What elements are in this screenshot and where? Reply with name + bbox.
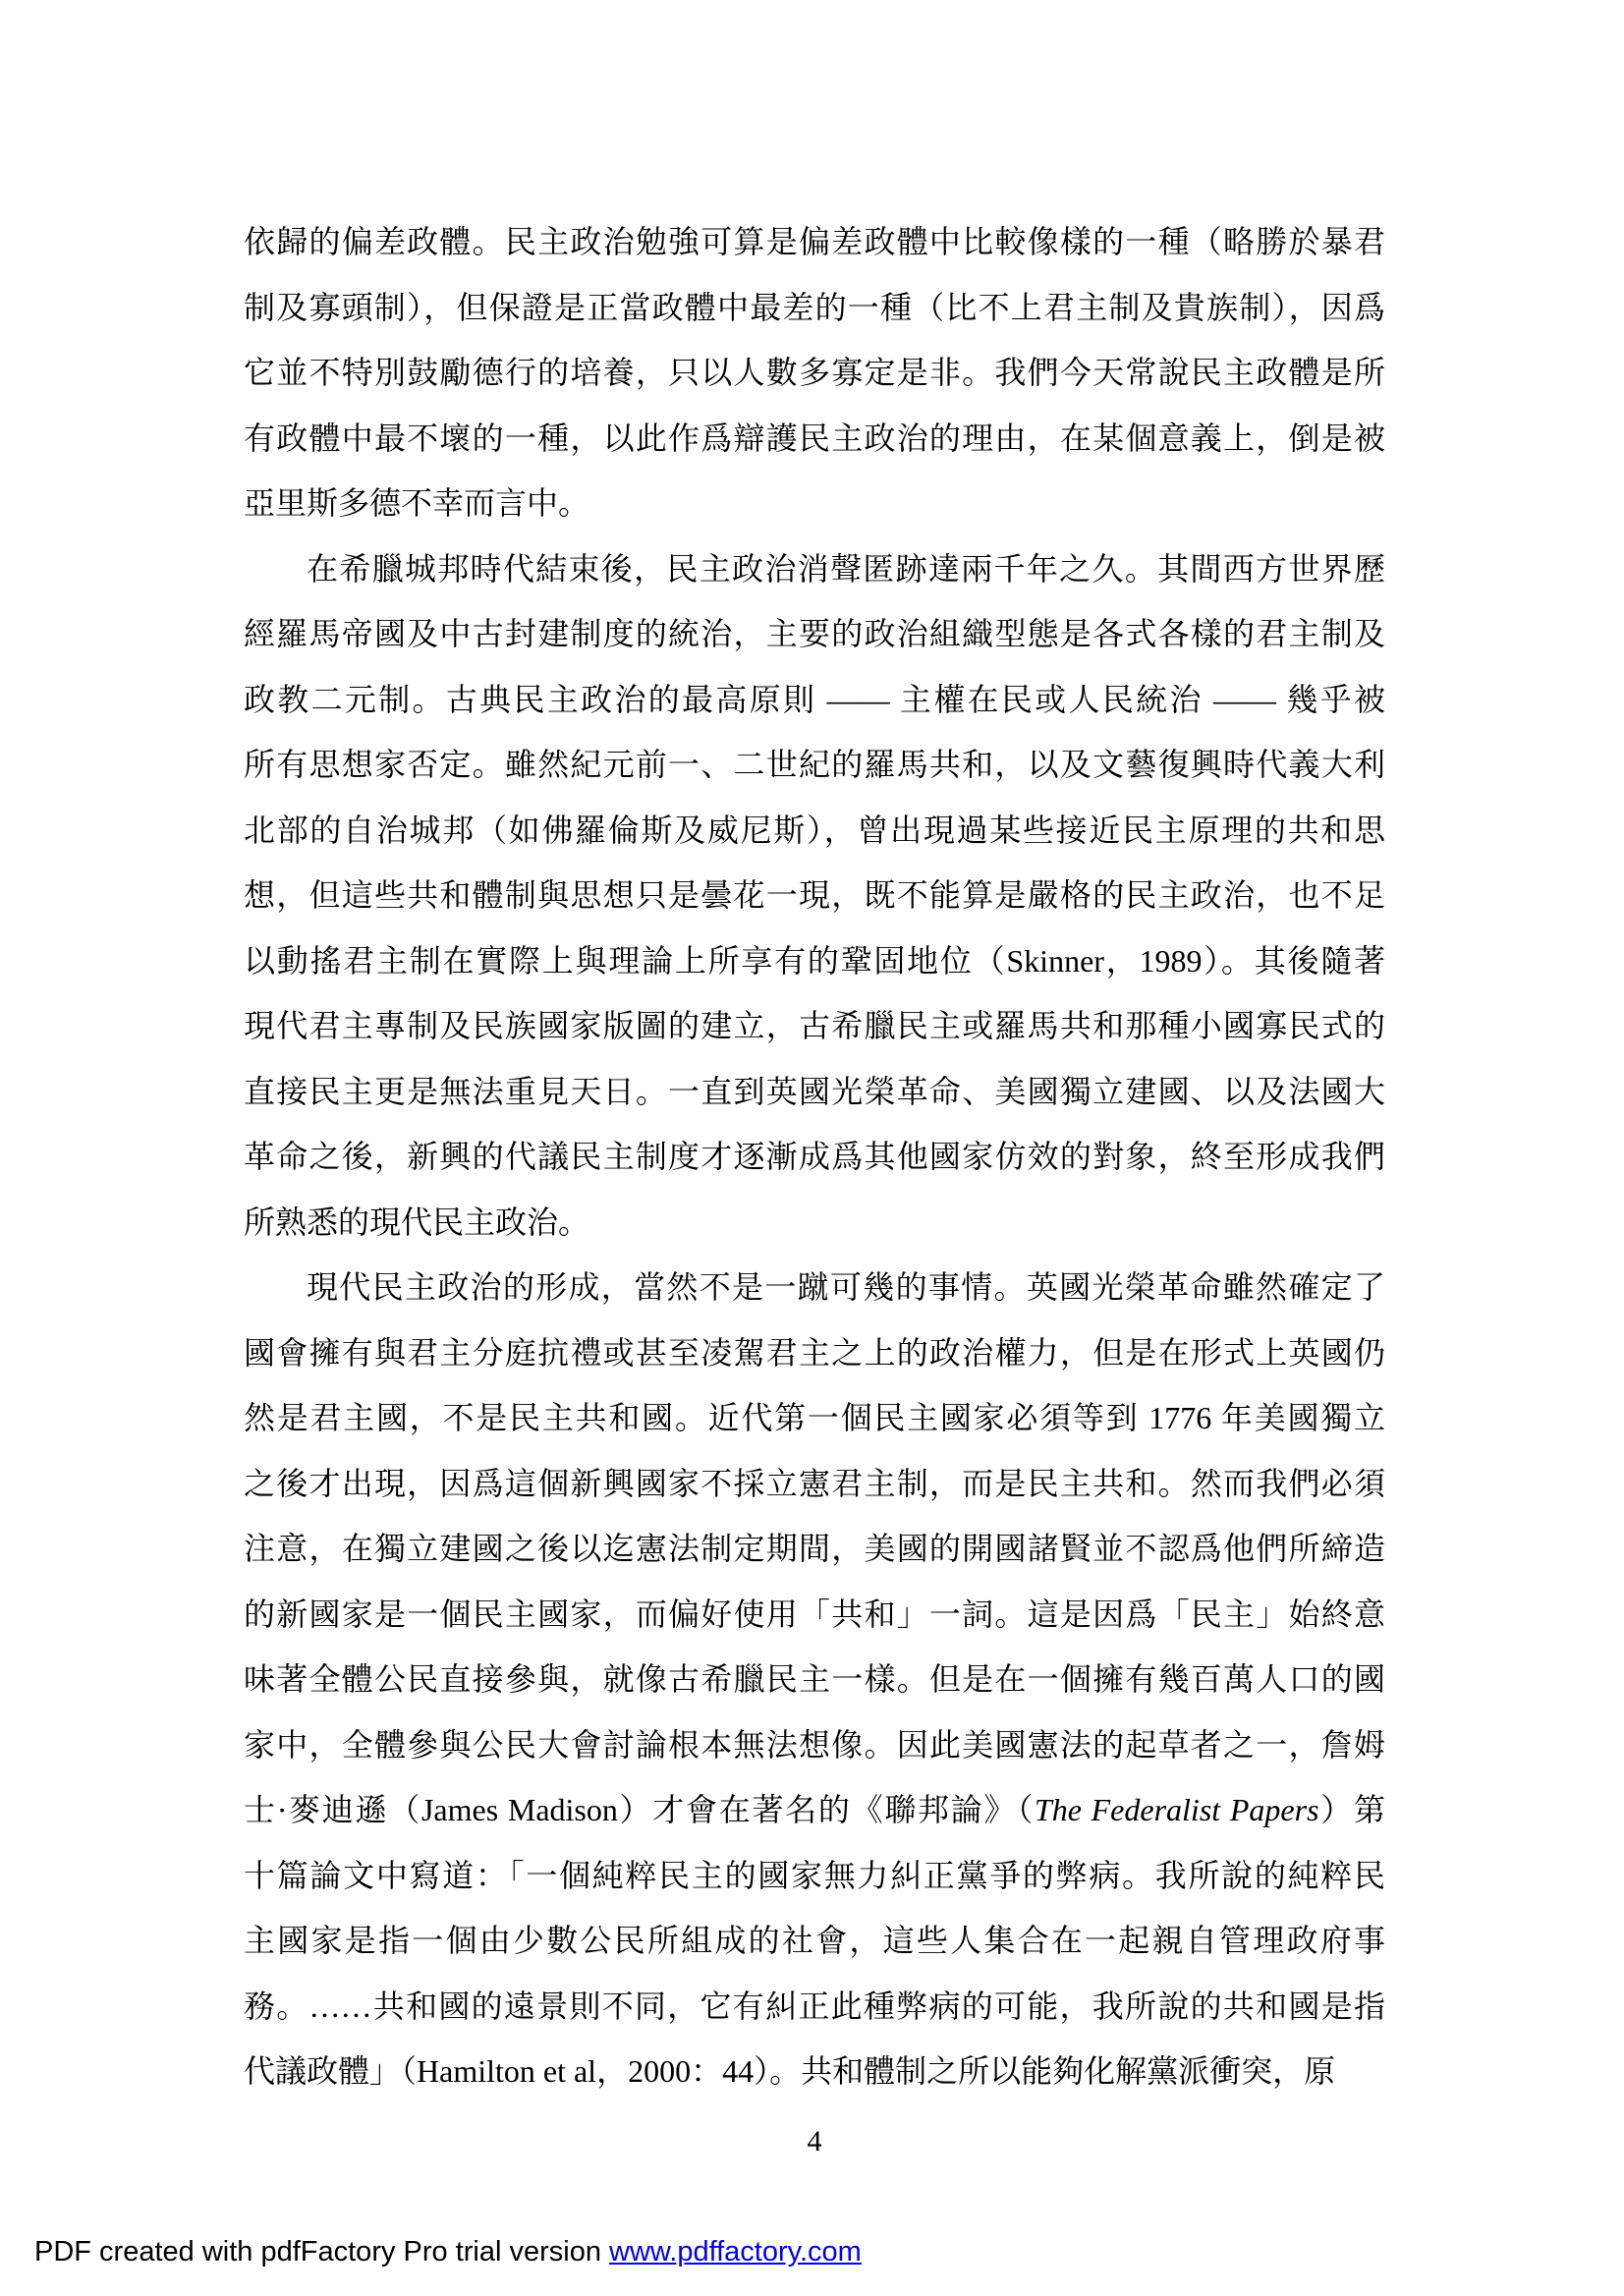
text-line: 務。……共和國的遠景則不同，它有糾正此種弊病的可能，我所說的共和國是指: [244, 1974, 1385, 2040]
footer-text: PDF created with pdfFactory Pro trial ve…: [34, 2236, 609, 2268]
text-line: 現代民主政治的形成，當然不是一蹴可幾的事情。英國光榮革命雖然確定了: [244, 1255, 1385, 1320]
text-line: 亞里斯多德不幸而言中。: [244, 471, 1385, 536]
footer-link[interactable]: www.pdffactory.com: [609, 2236, 862, 2268]
text-line: 所有思想家否定。雖然紀元前一、二世紀的羅馬共和，以及文藝復興時代義大利: [244, 732, 1385, 798]
text-line: 主國家是指一個由少數公民所組成的社會，這些人集合在一起親自管理政府事: [244, 1908, 1385, 1974]
text-line: 政教二元制。古典民主政治的最高原則 —— 主權在民或人民統治 —— 幾乎被: [244, 667, 1385, 733]
text-line: 北部的自治城邦（如佛羅倫斯及威尼斯），曾出現過某些接近民主原理的共和思: [244, 798, 1385, 864]
document-page: 依歸的偏差政體。民主政治勉強可算是偏差政體中比較像樣的一種（略勝於暴君制及寡頭制…: [0, 0, 1624, 2296]
text-line: 然是君主國，不是民主共和國。近代第一個民主國家必須等到 1776 年美國獨立: [244, 1385, 1385, 1451]
text-line: 士·麥迪遜（James Madison）才會在著名的《聯邦論》（The Fede…: [244, 1777, 1385, 1843]
text-line: 味著全體公民直接參與，就像古希臘民主一樣。但是在一個擁有幾百萬人口的國: [244, 1647, 1385, 1712]
text-line: 注意，在獨立建國之後以迄憲法制定期間，美國的開國諸賢並不認爲他們所締造: [244, 1516, 1385, 1582]
text-line: 現代君主專制及民族國家版圖的建立，古希臘民主或羅馬共和那種小國寡民式的: [244, 993, 1385, 1059]
text-line: 它並不特別鼓勵德行的培養，只以人數多寡定是非。我們今天常說民主政體是所: [244, 340, 1385, 406]
text-line: 有政體中最不壞的一種，以此作爲辯護民主政治的理由，在某個意義上，倒是被: [244, 406, 1385, 472]
text-line: 代議政體」（Hamilton et al，2000：44）。共和體制之所以能夠化…: [244, 2039, 1385, 2104]
footer: PDF created with pdfFactory Pro trial ve…: [34, 2232, 862, 2271]
document-body: 依歸的偏差政體。民主政治勉強可算是偏差政體中比較像樣的一種（略勝於暴君制及寡頭制…: [244, 209, 1385, 2104]
text-line: 家中，全體參與公民大會討論根本無法想像。因此美國憲法的起草者之一，詹姆: [244, 1712, 1385, 1778]
text-line: 的新國家是一個民主國家，而偏好使用「共和」一詞。這是因爲「民主」始終意: [244, 1582, 1385, 1648]
text-line: 經羅馬帝國及中古封建制度的統治，主要的政治組織型態是各式各樣的君主制及: [244, 601, 1385, 667]
text-line: 直接民主更是無法重見天日。一直到英國光榮革命、美國獨立建國、以及法國大: [244, 1059, 1385, 1125]
text-line: 革命之後，新興的代議民主制度才逐漸成爲其他國家仿效的對象，終至形成我們: [244, 1124, 1385, 1190]
text-line: 之後才出現，因爲這個新興國家不採立憲君主制，而是民主共和。然而我們必須: [244, 1451, 1385, 1517]
text-line: 制及寡頭制），但保證是正當政體中最差的一種（比不上君主制及貴族制），因爲: [244, 275, 1385, 341]
text-line: 所熟悉的現代民主政治。: [244, 1190, 1385, 1256]
page-number: 4: [244, 2122, 1385, 2161]
text-line: 十篇論文中寫道：「一個純粹民主的國家無力糾正黨爭的弊病。我所說的純粹民: [244, 1843, 1385, 1909]
italic-title: The Federalist Papers: [1035, 1792, 1319, 1827]
text-line: 依歸的偏差政體。民主政治勉強可算是偏差政體中比較像樣的一種（略勝於暴君: [244, 209, 1385, 275]
text-line: 想，但這些共和體制與思想只是曇花一現，既不能算是嚴格的民主政治，也不足: [244, 863, 1385, 928]
text-line: 以動搖君主制在實際上與理論上所享有的鞏固地位（Skinner，1989）。其後隨…: [244, 928, 1385, 994]
text-line: 在希臘城邦時代結束後，民主政治消聲匿跡達兩千年之久。其間西方世界歷: [244, 536, 1385, 602]
text-line: 國會擁有與君主分庭抗禮或甚至凌駕君主之上的政治權力，但是在形式上英國仍: [244, 1320, 1385, 1386]
